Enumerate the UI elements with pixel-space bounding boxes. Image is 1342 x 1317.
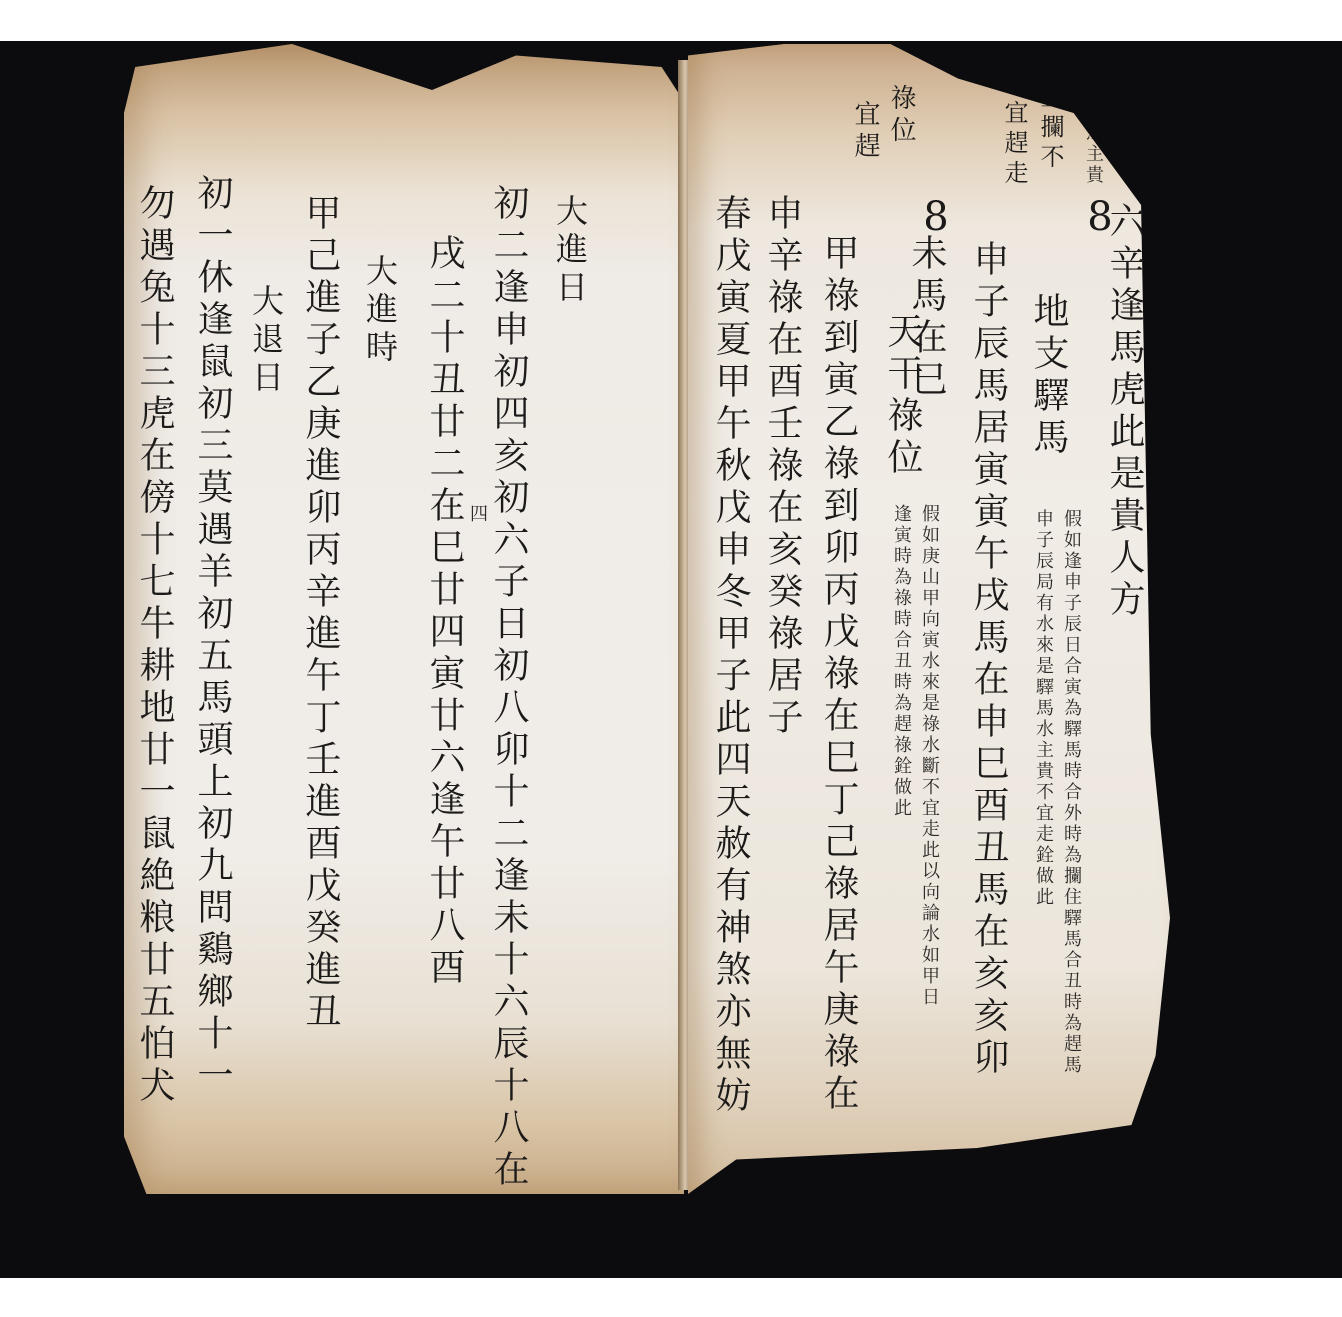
double-loop-mark-icon: 8 xyxy=(1080,194,1120,246)
text-column: 申辛祿在酉壬祿在亥癸祿居子 xyxy=(764,194,800,740)
heading-da-jin-ri: 大進日 xyxy=(554,194,586,308)
text-column: 六辛逢馬虎此是貴人方 xyxy=(1106,202,1142,622)
small-note-column: 假如逢申子辰日合寅為驛馬時合外時為攔住驛馬合丑時為趕馬 xyxy=(1062,509,1080,1076)
small-note-column: 逢寅時為祿時合丑時為趕祿銓做此 xyxy=(892,504,910,819)
text-column: 戌二十丑廿二在巳廿四寅廿六逢午廿八酉 xyxy=(426,234,462,990)
text-column: 地支驛馬 xyxy=(1030,292,1066,460)
text-column: 甲己進子乙庚進卯丙辛進午丁壬進酉戊癸進丑 xyxy=(302,194,338,1034)
top-note: 宜趕 xyxy=(852,100,878,164)
left-page: 大進日 初二逢申初四亥初六子日初八卯十二逢未十六辰十八在 戌二十丑廿二在巳廿四寅… xyxy=(124,44,684,1194)
double-loop-mark-icon: 8 xyxy=(916,194,956,246)
text-column: 天干祿位 xyxy=(884,312,920,480)
right-page: 驛馬主貴 宜攔不 宜趕走 祿位 宜趕 六辛逢馬虎此是貴人方 地支驛馬 假如逢申子… xyxy=(688,44,1170,1194)
text-column: 甲祿到寅乙祿到卯丙戊祿在巳丁己祿居午庚祿在 xyxy=(820,234,856,1116)
heading-da-jin-shi: 大進時 xyxy=(364,254,396,368)
text-column: 初二逢申初四亥初六子日初八卯十二逢未十六辰十八在 xyxy=(490,184,526,1192)
heading-da-tui-ri: 大退日 xyxy=(250,284,282,398)
margin-note: 四 xyxy=(468,504,486,525)
top-note: 祿位 xyxy=(888,84,914,148)
text-column: 申子辰馬居寅寅午戌馬在申巳酉丑馬在亥亥卯 xyxy=(970,240,1006,1080)
top-note: 宜趕走 xyxy=(1002,100,1026,190)
small-note-column: 假如庚山甲向寅水來是祿水斷不宜走此以向論水如甲日 xyxy=(920,504,938,1008)
text-column: 勿遇兔十三虎在傍十七牛耕地廿一鼠絶粮廿五怕犬 xyxy=(136,184,172,1108)
small-note-column: 申子辰局有水來是驛馬水主貴不宜走銓做此 xyxy=(1034,509,1052,908)
text-column: 春戊寅夏甲午秋戊申冬甲子此四天赦有神煞亦無妨 xyxy=(712,194,748,1118)
text-column: 初一休逢鼠初三莫遇羊初五馬頭上初九問鷄鄉十一 xyxy=(194,174,230,1098)
